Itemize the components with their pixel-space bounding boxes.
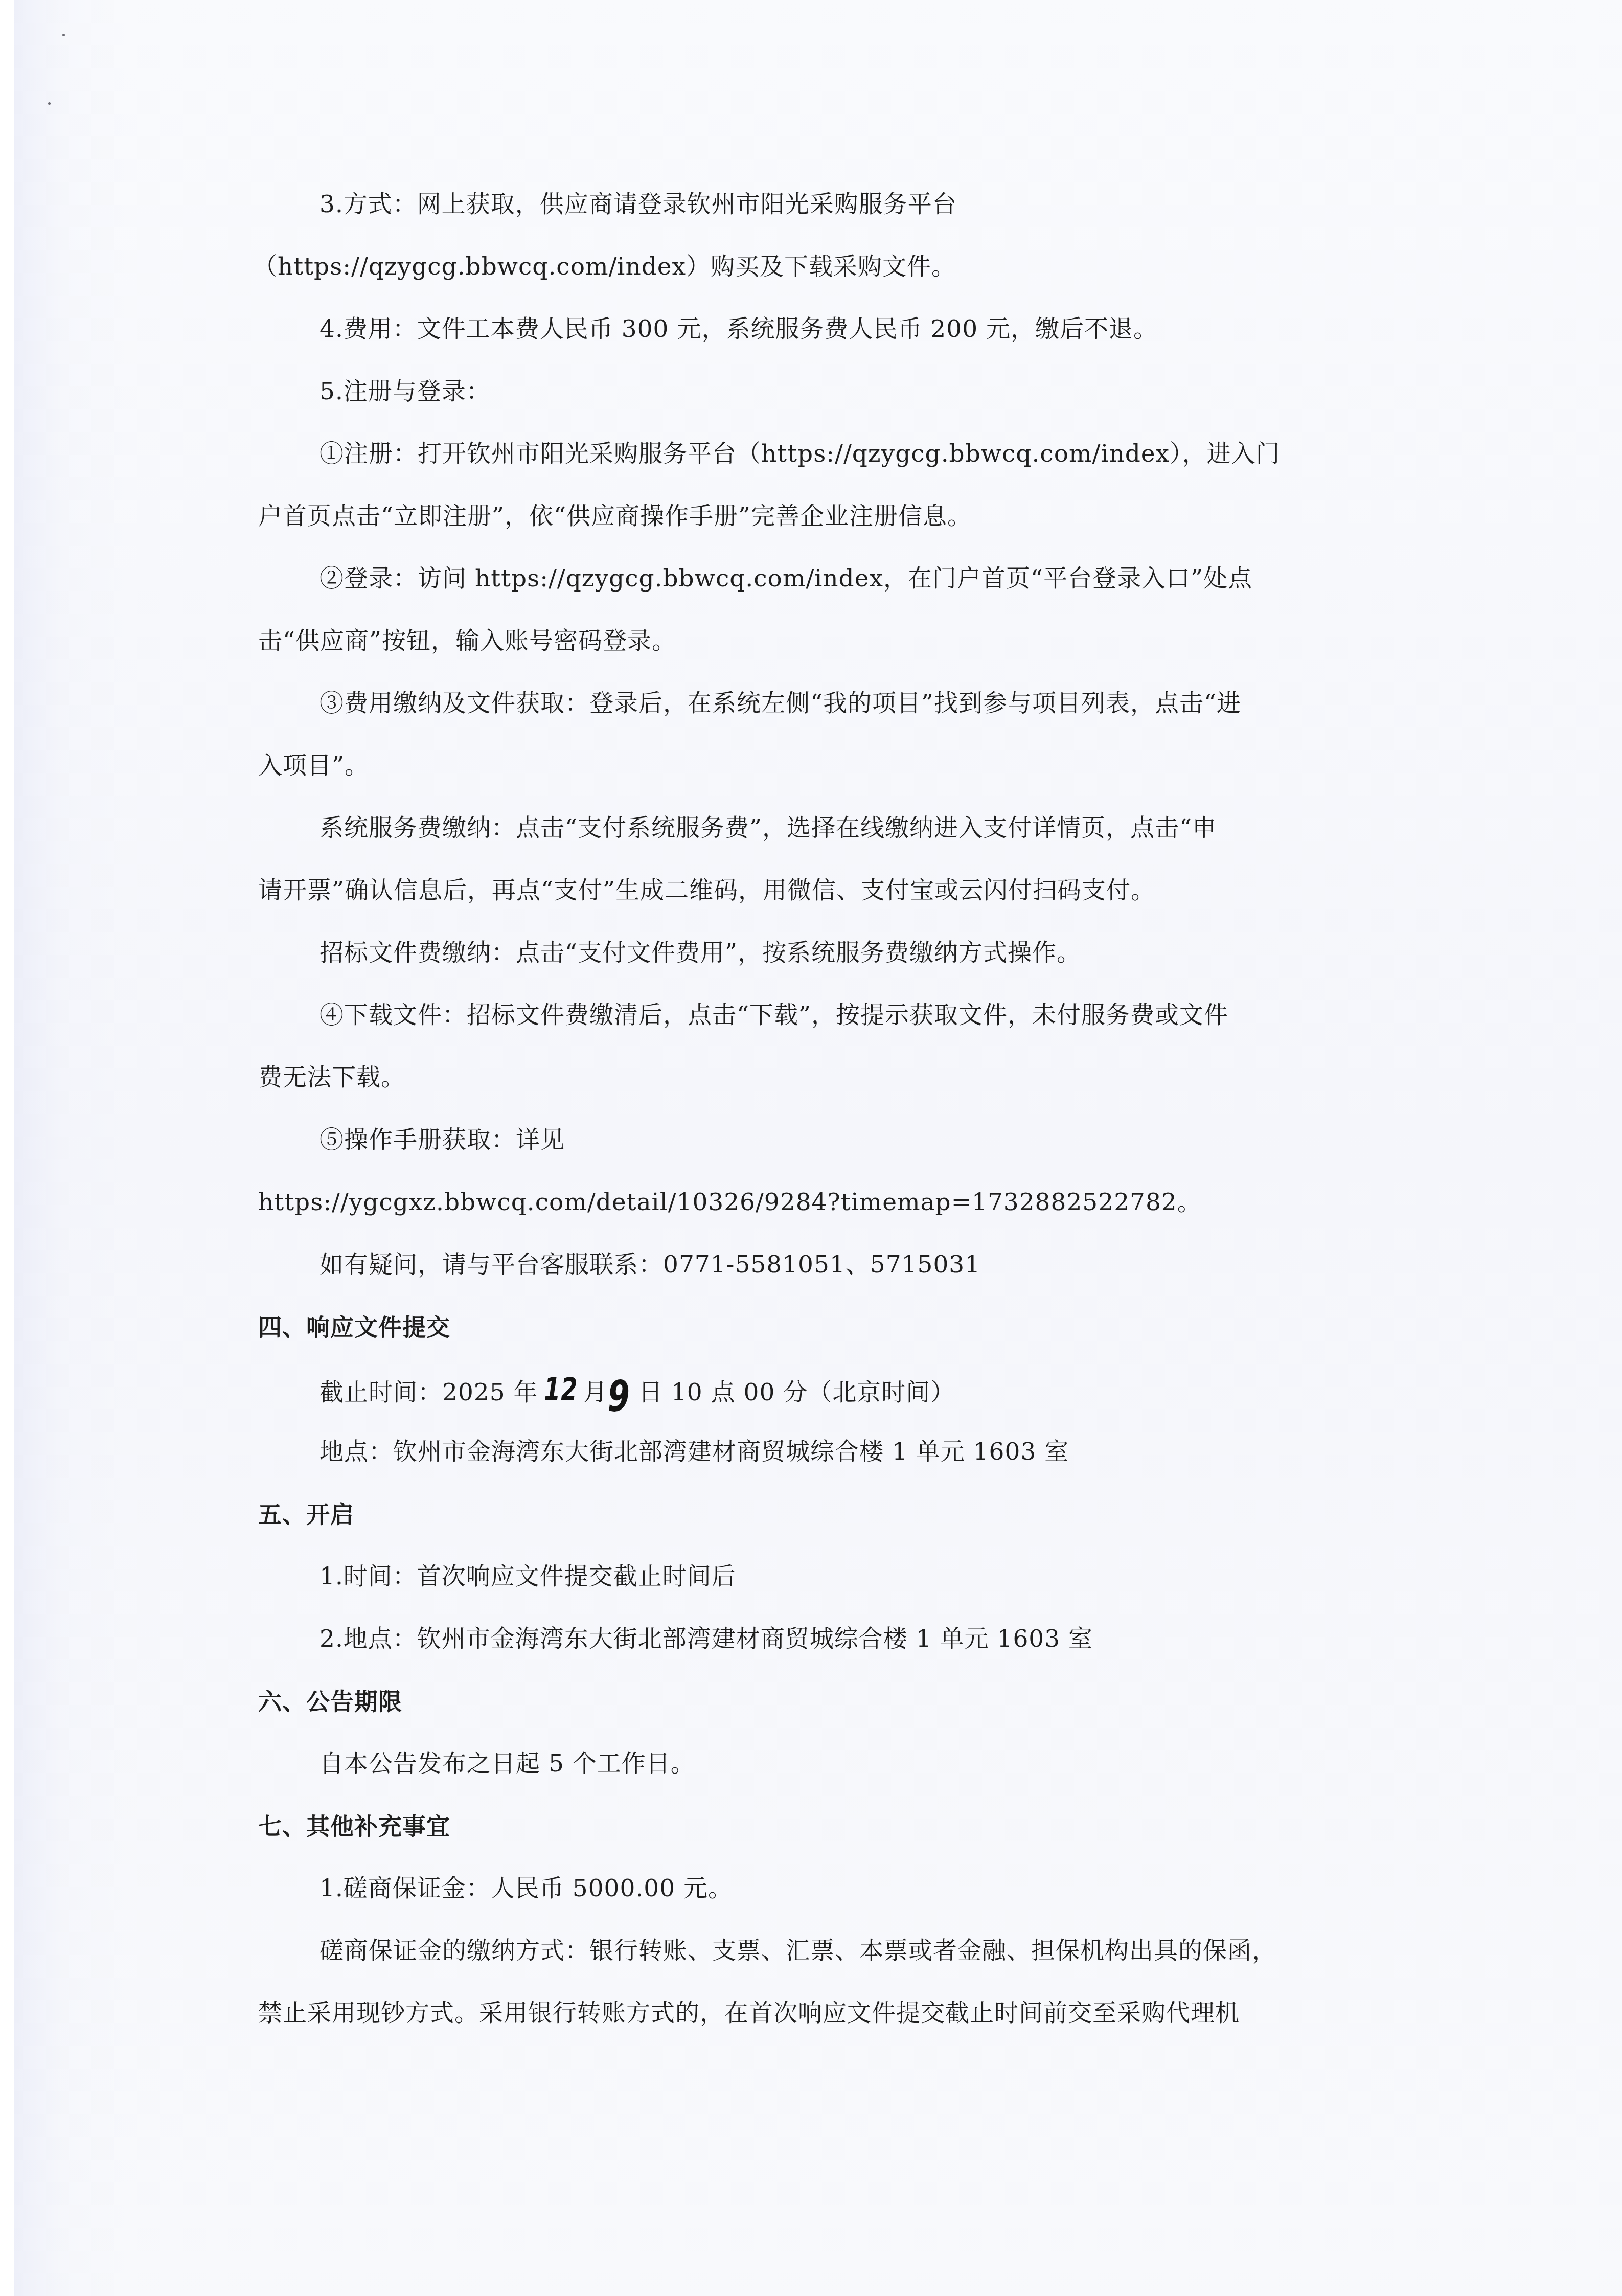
opening-location: 2.地点：钦州市金海湾东大街北部湾建材商贸城综合楼 1 单元 1603 室 xyxy=(319,1624,1093,1654)
section-4-heading: 四、响应文件提交 xyxy=(258,1312,450,1343)
handwritten-day: 9 xyxy=(608,1376,630,1418)
step-payment: ③费用缴纳及文件获取：登录后，在系统左侧“我的项目”找到参与项目列表，点击“进 xyxy=(319,688,1241,719)
service-fee-payment-cont: 请开票”确认信息后，再点“支付”生成二维码，用微信、支付宝或云闪付扫码支付。 xyxy=(258,875,1155,906)
deadline-suffix: 日 10 点 00 分（北京时间） xyxy=(630,1378,955,1406)
scan-speck xyxy=(48,102,51,105)
step-register-cont: 户首页点击“立即注册”，依“供应商操作手册”完善企业注册信息。 xyxy=(258,501,972,532)
deadline-line: 截止时间：2025 年12月9 日 10 点 00 分（北京时间） xyxy=(319,1374,955,1408)
step-download-cont: 费无法下载。 xyxy=(258,1062,405,1093)
deposit-payment-method-cont: 禁止采用现钞方式。采用银行转账方式的，在首次响应文件提交截止时间前交至采购代理机 xyxy=(258,1998,1240,2029)
handwritten-month: 12 xyxy=(544,1374,578,1405)
step-login: ②登录：访问 https://qzygcg.bbwcq.com/index，在门… xyxy=(319,563,1252,594)
service-fee-payment: 系统服务费缴纳：点击“支付系统服务费”，选择在线缴纳进入支付详情页，点击“申 xyxy=(319,813,1217,844)
notice-period: 自本公告发布之日起 5 个工作日。 xyxy=(319,1748,695,1779)
scan-edge xyxy=(0,0,14,2296)
step-register: ①注册：打开钦州市阳光采购服务平台（https://qzygcg.bbwcq.c… xyxy=(319,439,1281,469)
paragraph-method-url: （https://qzygcg.bbwcq.com/index）购买及下载采购文… xyxy=(253,252,956,282)
manual-url: https://ygcgxz.bbwcq.com/detail/10326/92… xyxy=(258,1187,1202,1218)
section-6-heading: 六、公告期限 xyxy=(258,1686,402,1717)
support-contact: 如有疑问，请与平台客服联系：0771-5581051、5715031 xyxy=(319,1249,980,1280)
scan-speck xyxy=(62,34,65,36)
opening-time: 1.时间：首次响应文件提交截止时间后 xyxy=(319,1561,736,1592)
deposit-amount: 1.磋商保证金：人民币 5000.00 元。 xyxy=(319,1873,733,1904)
section-7-heading: 七、其他补充事宜 xyxy=(258,1811,450,1842)
paragraph-fees: 4.费用：文件工本费人民币 300 元，系统服务费人民币 200 元，缴后不退。 xyxy=(319,314,1158,345)
step-login-cont: 击“供应商”按钮，输入账号密码登录。 xyxy=(258,626,676,656)
step-payment-cont: 入项目”。 xyxy=(258,751,369,781)
step-download: ④下载文件：招标文件费缴清后，点击“下载”，按提示获取文件，未付服务费或文件 xyxy=(319,1000,1228,1031)
paragraph-register-login: 5.注册与登录： xyxy=(319,376,491,407)
document-fee-payment: 招标文件费缴纳：点击“支付文件费用”，按系统服务费缴纳方式操作。 xyxy=(319,938,1081,968)
deposit-payment-method: 磋商保证金的缴纳方式：银行转账、支票、汇票、本票或者金融、担保机构出具的保函， xyxy=(319,1936,1276,1966)
scanned-page: 3.方式：网上获取，供应商请登录钦州市阳光采购服务平台 （https://qzy… xyxy=(0,0,1622,2296)
deadline-prefix: 截止时间：2025 年 xyxy=(319,1378,538,1406)
section-5-heading: 五、开启 xyxy=(258,1499,354,1530)
step-manual: ⑤操作手册获取：详见 xyxy=(319,1125,565,1155)
submission-location: 地点：钦州市金海湾东大街北部湾建材商贸城综合楼 1 单元 1603 室 xyxy=(319,1437,1069,1467)
paragraph-method: 3.方式：网上获取，供应商请登录钦州市阳光采购服务平台 xyxy=(319,189,957,220)
month-suffix: 月 xyxy=(583,1378,608,1406)
